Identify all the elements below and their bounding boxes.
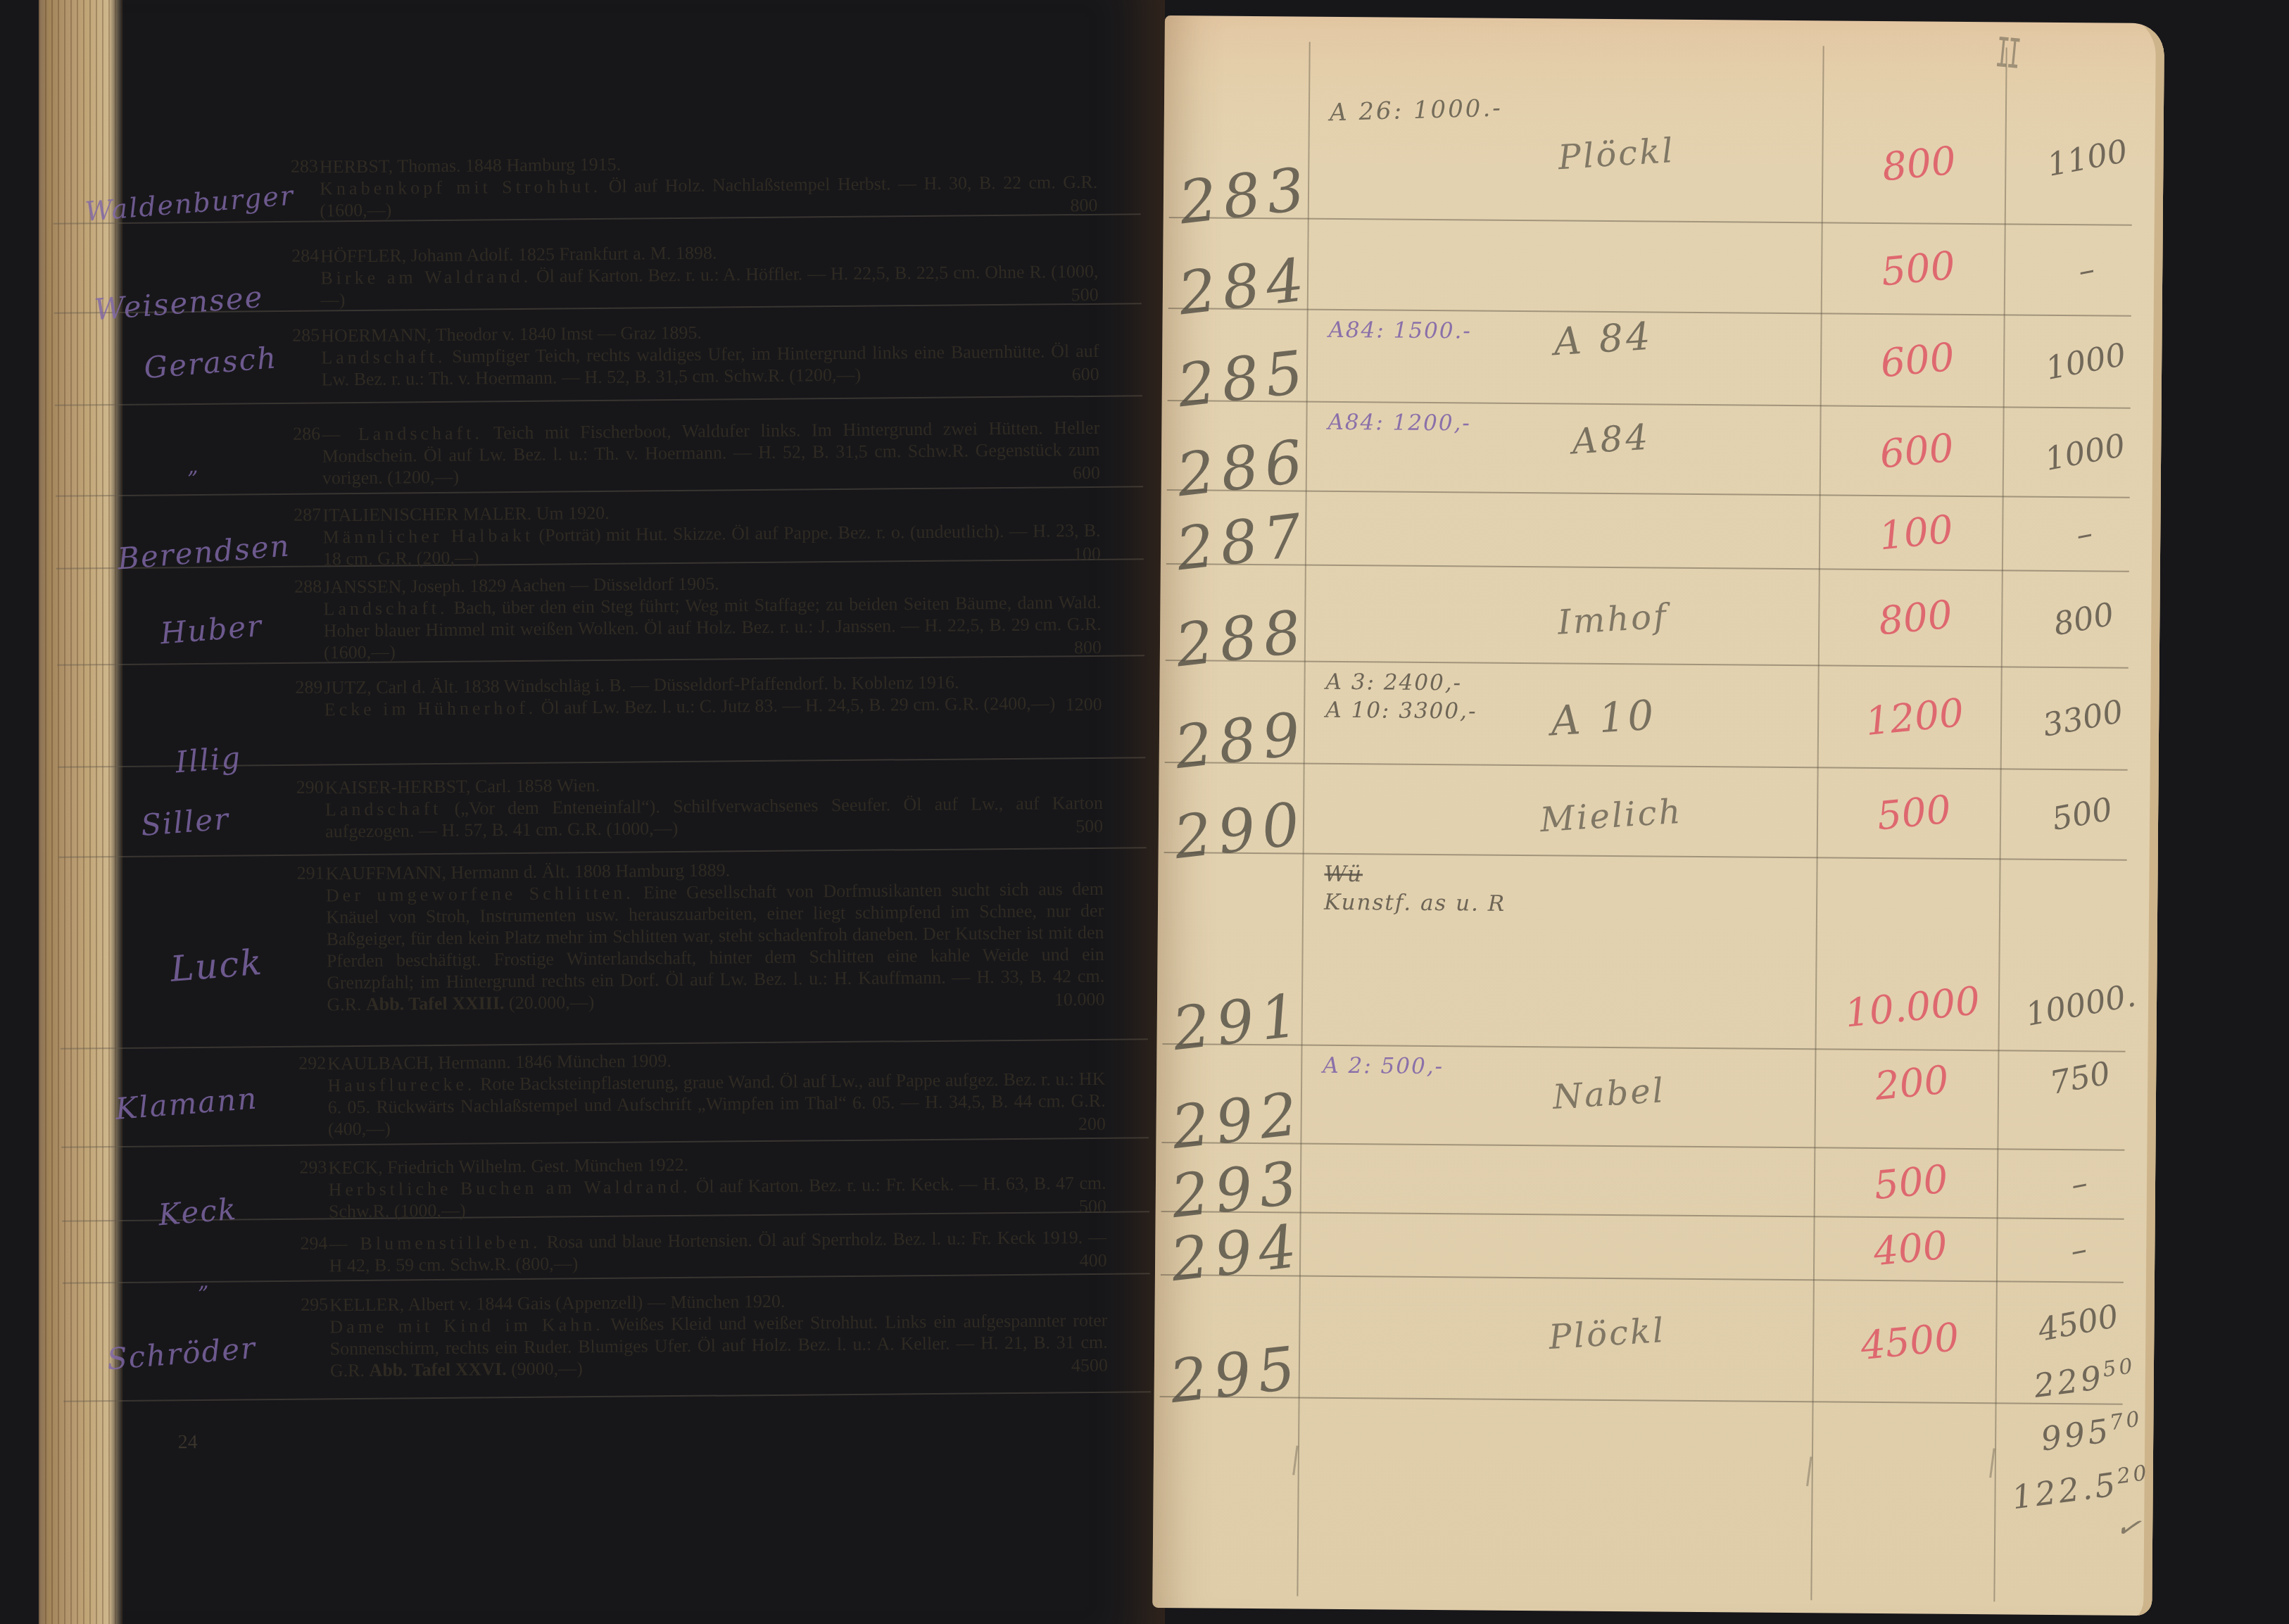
final-amount: 10000. xyxy=(2004,973,2157,1037)
annotation-pencil: A 3: 2400,- xyxy=(1325,668,1477,698)
entry-estimate-tail: (20.000,—) xyxy=(509,992,595,1013)
entry-body: Knabenkopf mit Strohhut. Öl auf Holz. Na… xyxy=(320,171,1097,222)
entry-description: („Vor dem Enteneinfall“). Schilfverwachs… xyxy=(325,793,1103,842)
ledger-row: 283 Plöckl 800 1100 xyxy=(1169,52,2133,226)
entry-limit-price: 500 xyxy=(1076,815,1103,837)
entry-margin-name: Berendsen xyxy=(116,528,291,576)
center-pencil-mark: A 84 xyxy=(1553,314,1655,365)
hammer-price-red: 500 xyxy=(1822,1151,2001,1213)
catalog-entry: Siller 290 KAISER-HERBST, Carl. 1858 Wie… xyxy=(63,769,1134,844)
hammer-price-red: 500 xyxy=(1829,237,2008,299)
catalog-entry: „ 286 — Landschaft. Teich mit Fischerboo… xyxy=(60,416,1130,491)
entry-title: — Blumenstilleben. xyxy=(329,1232,541,1254)
entry-title: Landschaft xyxy=(325,798,442,819)
entry-text: KECK, Friedrich Wilhelm. Gest. München 1… xyxy=(328,1150,1106,1223)
entry-number: 283 xyxy=(265,156,318,177)
bidder-name: Plöckl xyxy=(1455,1305,1760,1364)
entry-text: KAISER-HERBST, Carl. 1858 Wien. Landscha… xyxy=(325,770,1104,843)
entry-body: Hausflurecke. Rote Backsteinpflasterung,… xyxy=(327,1068,1106,1140)
entry-limit-price: 600 xyxy=(1073,462,1100,484)
annotation-purple: A 2: 500,- xyxy=(1323,1052,1444,1081)
catalog-page-left: Waldenburger 283 HERBST, Thomas. 1848 Ha… xyxy=(39,0,1165,1624)
entry-limit-price: 500 xyxy=(1079,1195,1106,1217)
final-amount: 800 xyxy=(2007,586,2160,650)
entry-title: Knabenkopf mit Strohhut. xyxy=(320,176,601,199)
final-amount: 3300 xyxy=(2006,686,2159,750)
checkmark-icon: ✓ xyxy=(2113,1508,2144,1547)
catalog-entries: Waldenburger 283 HERBST, Thomas. 1848 Ha… xyxy=(32,0,1172,1624)
entry-plate-reference: Abb. Tafel XXIII. xyxy=(366,993,505,1014)
total-line: 99570 xyxy=(1980,1407,2145,1466)
entry-number: 293 xyxy=(274,1157,327,1178)
entry-title: — Landschaft. xyxy=(322,422,483,444)
total-sup: 50 xyxy=(2101,1354,2136,1383)
total-main: 229 xyxy=(2031,1358,2106,1405)
entry-plate-reference: Abb. Tafel XXVI. xyxy=(369,1359,506,1380)
entry-number: 285 xyxy=(267,325,320,346)
entry-number: 290 xyxy=(271,776,324,798)
row-annotations: A84: 1500.- xyxy=(1328,316,1472,346)
entry-body: — Blumenstilleben. Rosa und blaue Horten… xyxy=(329,1226,1106,1277)
entry-number: 295 xyxy=(275,1294,328,1316)
entry-title: Ecke im Hühnerhof. xyxy=(324,698,537,720)
ledger-row: 294 400 – xyxy=(1161,1211,2124,1283)
hammer-price-red: 800 xyxy=(1826,586,2005,648)
entry-title: Der umgeworfene Schlitten. xyxy=(326,883,634,906)
annotation-pencil: Kunstf. as u. R xyxy=(1324,888,1506,918)
final-amount: – xyxy=(2010,237,2163,301)
entry-limit-price: 200 xyxy=(1078,1113,1106,1135)
catalog-entry: Schröder 295 KELLER, Albert v. 1844 Gais… xyxy=(68,1287,1138,1383)
entry-text: — Landschaft. Teich mit Fischerboot, Wal… xyxy=(322,417,1100,489)
ledger-row: 286 A84: 1200,- A84 600 1000 xyxy=(1167,400,2131,498)
catalog-entry: „ 294 — Blumenstilleben. Rosa und blaue … xyxy=(67,1226,1137,1278)
entry-text: ITALIENISCHER MALER. Um 1920. Männlicher… xyxy=(322,498,1101,570)
annotation-purple: A84: 1200,- xyxy=(1328,408,1471,438)
entry-text: JANSSEN, Joseph. 1829 Aachen — Düsseldor… xyxy=(323,569,1102,664)
entry-limit-price: 4500 xyxy=(1071,1354,1108,1376)
final-amount: 4500 xyxy=(2001,1291,2155,1355)
entry-limit-price: 600 xyxy=(1071,363,1099,385)
entry-number: 288 xyxy=(269,576,322,598)
hammer-price-red: 400 xyxy=(1821,1217,2000,1279)
entry-text: KELLER, Albert v. 1844 Gais (Appenzell) … xyxy=(329,1288,1108,1382)
hammer-price-red: 4500 xyxy=(1820,1310,2000,1372)
entry-limit-price: 500 xyxy=(1071,284,1098,306)
ledger-row: 287 100 – xyxy=(1166,489,2130,572)
center-pencil-mark: A84 xyxy=(1571,417,1652,462)
bidder-name: Plöckl xyxy=(1464,125,1769,184)
row-annotations: A 2: 500,- xyxy=(1323,1052,1444,1081)
entry-margin-name: Waldenburger xyxy=(84,180,295,227)
hammer-price-red: 600 xyxy=(1828,329,2007,391)
catalog-entry: Gerasch 285 HOERMANN, Theodor v. 1840 Im… xyxy=(59,317,1130,392)
entry-margin-name: Siller xyxy=(139,801,230,843)
annotation-pencil: A 10: 3300,- xyxy=(1325,696,1477,726)
total-sup: 20 xyxy=(2115,1460,2150,1489)
entry-limit-price: 400 xyxy=(1079,1250,1106,1271)
entry-text: KAUFFMANN, Hermann d. Ält. 1808 Hamburg … xyxy=(326,856,1105,1016)
entry-body: Männlicher Halbakt (Porträt) mit Hut. Sk… xyxy=(322,520,1100,570)
entry-body: Landschaft. Sumpfiger Teich, rechts wald… xyxy=(321,340,1099,391)
final-amount: 1000 xyxy=(2008,420,2162,484)
entry-number: 294 xyxy=(275,1233,327,1254)
catalog-entry: Berendsen 287 ITALIENISCHER MALER. Um 19… xyxy=(61,497,1131,572)
entry-text: JUTZ, Carl d. Ält. 1838 Windschläg i. B.… xyxy=(324,670,1102,721)
entry-estimate-tail: (9000,—) xyxy=(511,1358,583,1379)
final-amount: – xyxy=(2003,1152,2156,1216)
entry-title: Landschaft. xyxy=(321,346,446,368)
catalog-entry: Huber 288 JANSSEN, Joseph. 1829 Aachen —… xyxy=(61,569,1132,665)
ledger-row: 285 A84: 1500.- A 84 600 1000 xyxy=(1168,308,2131,409)
entry-margin-name: Weisensee xyxy=(93,279,265,327)
entry-description: Öl auf Lw. Bez. l. u.: C. Jutz 83. — H. … xyxy=(541,693,1056,717)
entry-title: Männlicher Halbakt xyxy=(322,525,534,548)
entry-limit-price: 800 xyxy=(1070,194,1097,216)
scanned-book-spread: Waldenburger 283 HERBST, Thomas. 1848 Ha… xyxy=(0,0,2289,1624)
ledger-row: 289 A 3: 2400,- A 10: 3300,- A 10 1200 3… xyxy=(1165,660,2129,771)
ledger-content: A 26: 1000.- II 283 Plöckl 800 1100 xyxy=(1152,15,2164,1616)
entry-margin-name: Luck xyxy=(169,942,265,990)
ledger-page-right: A 26: 1000.- II 283 Plöckl 800 1100 xyxy=(1152,15,2164,1616)
catalog-entry: Luck 291 KAUFFMANN, Hermann d. Ält. 1808… xyxy=(64,855,1135,1017)
entry-body: Landschaft („Vor dem Enteneinfall“). Sch… xyxy=(325,792,1103,843)
catalog-entry: Klamann 292 KAULBACH, Hermann. 1846 Münc… xyxy=(65,1045,1136,1142)
entry-margin-name: „ xyxy=(196,1269,210,1294)
entry-text: HERBST, Thomas. 1848 Hamburg 1915. Knabe… xyxy=(320,149,1098,222)
entry-limit-price: 100 xyxy=(1073,543,1101,565)
total-sup: 70 xyxy=(2108,1407,2143,1436)
entry-title: Hausflurecke. xyxy=(327,1074,475,1096)
entry-title: Dame mit Kind im Kahn. xyxy=(329,1314,604,1337)
annotation-purple: A84: 1500.- xyxy=(1328,316,1472,346)
entry-number: 292 xyxy=(273,1052,326,1074)
hammer-price-red: 100 xyxy=(1827,501,2006,563)
entry-body: — Landschaft. Teich mit Fischerboot, Wal… xyxy=(322,417,1100,489)
entry-limit-price: 10.000 xyxy=(1054,988,1105,1011)
entry-number: 286 xyxy=(267,423,320,445)
ledger-row: 291 Wü Kunstf. as u. R 10.000 10000. xyxy=(1163,852,2127,1052)
entry-body: Der umgeworfene Schlitten. Eine Gesellsc… xyxy=(326,878,1105,1016)
bidder-name: Imhof xyxy=(1461,590,1765,648)
entry-title: Landschaft. xyxy=(323,598,448,619)
entry-margin-name: „ xyxy=(186,453,200,479)
entry-limit-price: 800 xyxy=(1074,636,1102,658)
final-amount: 750 xyxy=(2003,1046,2157,1110)
catalog-entry: Illig 289 JUTZ, Carl d. Ält. 1838 Windsc… xyxy=(62,669,1132,722)
row-annotations: A84: 1200,- xyxy=(1328,408,1471,438)
hammer-price-red: 10.000 xyxy=(1822,976,2002,1038)
catalog-content: Waldenburger 283 HERBST, Thomas. 1848 Ha… xyxy=(32,0,1172,1624)
final-amount: 1100 xyxy=(2010,126,2164,190)
final-amount: 500 xyxy=(2005,782,2159,846)
total-main: 122.5 xyxy=(2010,1465,2120,1516)
hammer-price-red: 1200 xyxy=(1825,686,2005,748)
ledger-row: 292 A 2: 500,- Nabel 200 750 xyxy=(1161,1043,2125,1151)
final-amount: – xyxy=(2007,501,2161,565)
entry-margin-name: Klamann xyxy=(114,1081,259,1126)
final-amount: – xyxy=(2002,1218,2155,1282)
bidder-name: Nabel xyxy=(1457,1065,1762,1123)
entry-title: Herbstliche Buchen am Waldrand. xyxy=(329,1176,691,1200)
entry-margin-name: Illig xyxy=(175,740,243,779)
ledger-row: 290 Mielich 500 500 xyxy=(1164,762,2128,861)
entry-margin-name: Gerasch xyxy=(143,340,279,385)
hammer-price-red: 600 xyxy=(1827,420,2007,481)
hammer-price-red: 500 xyxy=(1824,781,2004,843)
row-annotations: Wü Kunstf. as u. R xyxy=(1324,860,1506,918)
entry-text: HOERMANN, Theodor v. 1840 Imst — Graz 18… xyxy=(321,318,1099,391)
entry-margin-name: Huber xyxy=(159,608,264,650)
catalog-entry: Waldenburger 283 HERBST, Thomas. 1848 Ha… xyxy=(58,149,1128,223)
entry-limit-price: 1200 xyxy=(1066,693,1102,715)
ledger-row: 284 500 – xyxy=(1168,217,2132,317)
hammer-price-red: 200 xyxy=(1822,1052,2002,1114)
entry-title: Birke am Waldrand. xyxy=(320,266,531,289)
entry-number: 284 xyxy=(266,245,319,267)
center-pencil-mark: A 10 xyxy=(1549,691,1658,745)
entry-body: Landschaft. Bach, über den ein Steg führ… xyxy=(323,591,1102,664)
row-annotations: A 3: 2400,- A 10: 3300,- xyxy=(1325,668,1477,726)
annotation-struck: Wü xyxy=(1324,860,1506,890)
catalog-entry: Keck 293 KECK, Friedrich Wilhelm. Gest. … xyxy=(66,1150,1137,1224)
hammer-price-red: 800 xyxy=(1829,132,2009,194)
total-main: 995 xyxy=(2038,1411,2113,1459)
page-totals: 2295099570122.520 xyxy=(1973,1354,2155,1535)
entry-text: KAULBACH, Hermann. 1846 München 1909. Ha… xyxy=(327,1046,1106,1140)
entry-text: — Blumenstilleben. Rosa und blaue Horten… xyxy=(329,1226,1106,1277)
entry-text: HÖFFLER, Johann Adolf. 1825 Frankfurt a.… xyxy=(320,239,1099,311)
entry-margin-name: Schröder xyxy=(106,1330,258,1377)
entry-margin-name: Keck xyxy=(157,1192,239,1233)
entry-body: Herbstliche Buchen am Waldrand. Öl auf K… xyxy=(329,1172,1106,1223)
final-amount: 1000 xyxy=(2009,329,2162,393)
bidder-name: Mielich xyxy=(1459,786,1764,845)
lot-number: 295 xyxy=(1166,1333,1305,1416)
ledger-rows: 283 Plöckl 800 1100 284 xyxy=(1165,15,2164,23)
entry-number: 287 xyxy=(268,504,321,526)
ledger-row: 293 500 – xyxy=(1161,1142,2125,1220)
catalog-entry: Weisensee 284 HÖFFLER, Johann Adolf. 182… xyxy=(58,238,1129,313)
entry-number: 291 xyxy=(272,862,324,884)
entry-number: 289 xyxy=(270,676,322,698)
page-number: 24 xyxy=(178,1431,198,1454)
entry-body: Birke am Waldrand. Öl auf Karton. Bez. r… xyxy=(320,260,1098,311)
entry-body: Dame mit Kind im Kahn. Weißes Kleid und … xyxy=(329,1309,1108,1382)
ledger-row: 288 Imhof 800 800 xyxy=(1166,563,2129,669)
